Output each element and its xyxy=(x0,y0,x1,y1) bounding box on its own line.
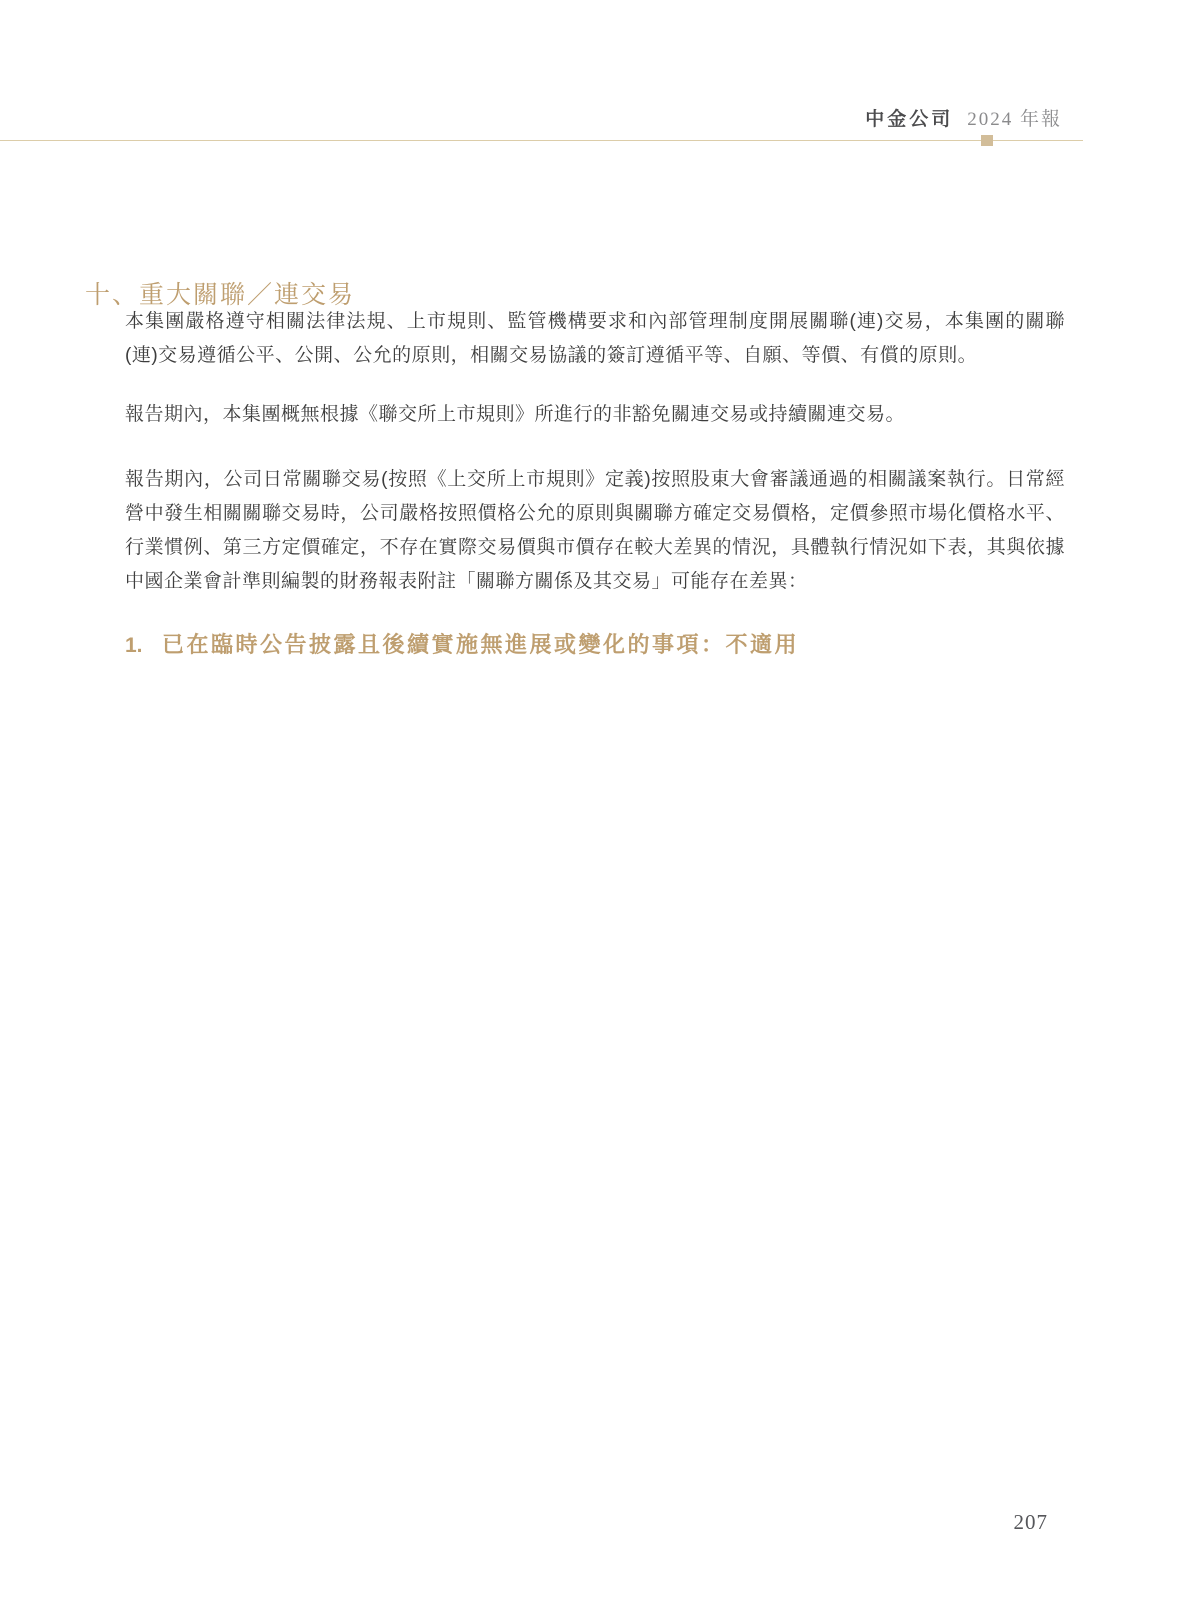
annual-report-page: 中金公司 2024 年報 十、重大關聯／連交易 本集團嚴格遵守相關法律法規、上市… xyxy=(0,0,1190,1615)
running-header: 中金公司 2024 年報 xyxy=(865,104,1062,131)
header-rule-square-marker xyxy=(981,135,993,146)
header-company-name: 中金公司 xyxy=(865,104,953,131)
numbered-item-1: 1. 已在臨時公告披露且後續實施無進展或變化的事項：不適用 xyxy=(125,628,799,659)
item-1-title: 已在臨時公告披露且後續實施無進展或變化的事項：不適用 xyxy=(162,628,799,659)
item-1-number: 1. xyxy=(125,634,162,658)
paragraph-compliance-principles: 本集團嚴格遵守相關法律法規、上市規則、監管機構要求和內部管理制度開展關聯(連)交… xyxy=(125,305,1065,373)
page-number: 207 xyxy=(1014,1510,1049,1535)
paragraph-hk-listing-rules: 報告期內，本集團概無根據《聯交所上市規則》所進行的非豁免關連交易或持續關連交易。 xyxy=(125,398,1065,432)
header-report-year: 2024 年報 xyxy=(967,104,1062,131)
header-rule-line xyxy=(0,140,1083,141)
paragraph-daily-related-transactions: 報告期內，公司日常關聯交易(按照《上交所上市規則》定義)按照股東大會審議通過的相… xyxy=(125,463,1065,599)
